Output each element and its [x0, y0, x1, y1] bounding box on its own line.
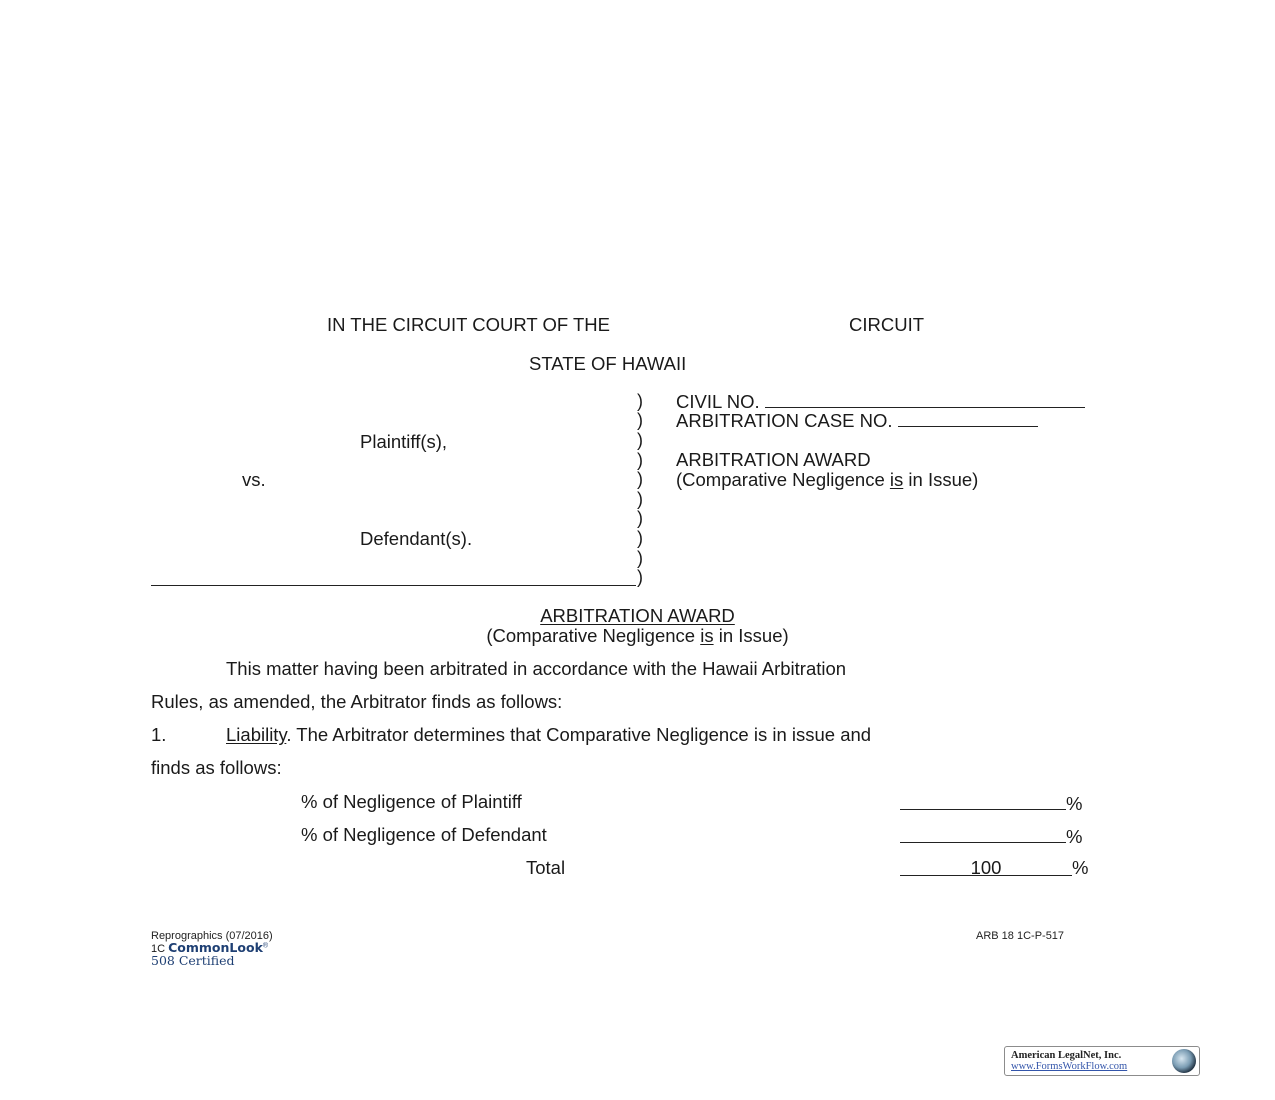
percent-sign: %: [1072, 857, 1088, 878]
caption-paren: ): [637, 548, 643, 569]
court-header-line1: IN THE CIRCUIT COURT OF THE: [327, 314, 610, 336]
item1-line1: Liability. The Arbitrator determines tha…: [226, 724, 871, 746]
percent-sign: %: [1066, 826, 1082, 847]
caption-paren: ): [637, 508, 643, 529]
caption-subtitle-post: in Issue): [903, 469, 978, 490]
award-subtitle-emph: is: [700, 625, 713, 646]
caption-paren: ): [637, 469, 643, 490]
arbitration-case-no-label: ARBITRATION CASE NO.: [676, 410, 893, 431]
form-code: ARB 18 1C-P-517: [976, 930, 1064, 942]
liability-heading: Liability: [226, 724, 286, 745]
court-header-circuit: CIRCUIT: [849, 314, 924, 336]
award-subtitle-pre: (Comparative Negligence: [486, 625, 700, 646]
plaintiff-negligence-field[interactable]: [900, 791, 1066, 810]
caption-doc-subtitle: (Comparative Negligence is in Issue): [676, 469, 978, 491]
defendant-negligence-label: % of Negligence of Defendant: [301, 824, 547, 846]
court-header-state: STATE OF HAWAII: [529, 353, 686, 375]
civil-no-field[interactable]: [765, 391, 1085, 408]
caption-paren: ): [637, 391, 643, 412]
findings-intro-line1: This matter having been arbitrated in ac…: [226, 658, 846, 680]
defendant-label: Defendant(s).: [360, 528, 472, 550]
total-field[interactable]: 100: [900, 857, 1072, 876]
caption-paren: ): [637, 430, 643, 451]
caption-subtitle-emph: is: [890, 469, 903, 490]
arbitration-case-no-row: ARBITRATION CASE NO.: [676, 410, 1038, 432]
arbitration-case-no-field[interactable]: [898, 410, 1038, 427]
caption-subtitle-pre: (Comparative Negligence: [676, 469, 890, 490]
certified-508-label: 508 Certified: [151, 953, 235, 968]
caption-paren: ): [637, 410, 643, 431]
findings-intro-line2: Rules, as amended, the Arbitrator finds …: [151, 691, 562, 713]
plaintiff-negligence-row: %: [900, 791, 1082, 815]
defendant-negligence-field[interactable]: [900, 824, 1066, 843]
caption-bottom-rule: [151, 585, 636, 586]
award-subtitle-post: in Issue): [714, 625, 789, 646]
caption-paren: ): [637, 567, 643, 588]
item1-line2: finds as follows:: [151, 757, 282, 779]
civil-no-label: CIVIL NO.: [676, 391, 760, 412]
plaintiff-negligence-label: % of Negligence of Plaintiff: [301, 791, 522, 813]
caption-paren: ): [637, 528, 643, 549]
defendant-negligence-row: %: [900, 824, 1082, 848]
registered-mark: ®: [263, 942, 268, 949]
award-title: ARBITRATION AWARD: [0, 605, 1275, 627]
caption-paren: ): [637, 450, 643, 471]
percent-sign: %: [1066, 793, 1082, 814]
award-subtitle: (Comparative Negligence is in Issue): [0, 625, 1275, 647]
total-label: Total: [526, 857, 565, 879]
globe-icon: [1172, 1049, 1196, 1073]
total-row: 100%: [900, 857, 1088, 879]
item1-number: 1.: [151, 724, 166, 746]
caption-doc-title: ARBITRATION AWARD: [676, 449, 871, 471]
item1-text: . The Arbitrator determines that Compara…: [286, 724, 871, 745]
plaintiff-label: Plaintiff(s),: [360, 431, 447, 453]
badge-url-link[interactable]: www.FormsWorkFlow.com: [1011, 1061, 1127, 1072]
caption-paren: ): [637, 489, 643, 510]
versus-label: vs.: [242, 469, 266, 491]
badge-company: American LegalNet, Inc.: [1011, 1050, 1121, 1061]
american-legalnet-badge[interactable]: American LegalNet, Inc. www.FormsWorkFlo…: [1004, 1046, 1200, 1076]
